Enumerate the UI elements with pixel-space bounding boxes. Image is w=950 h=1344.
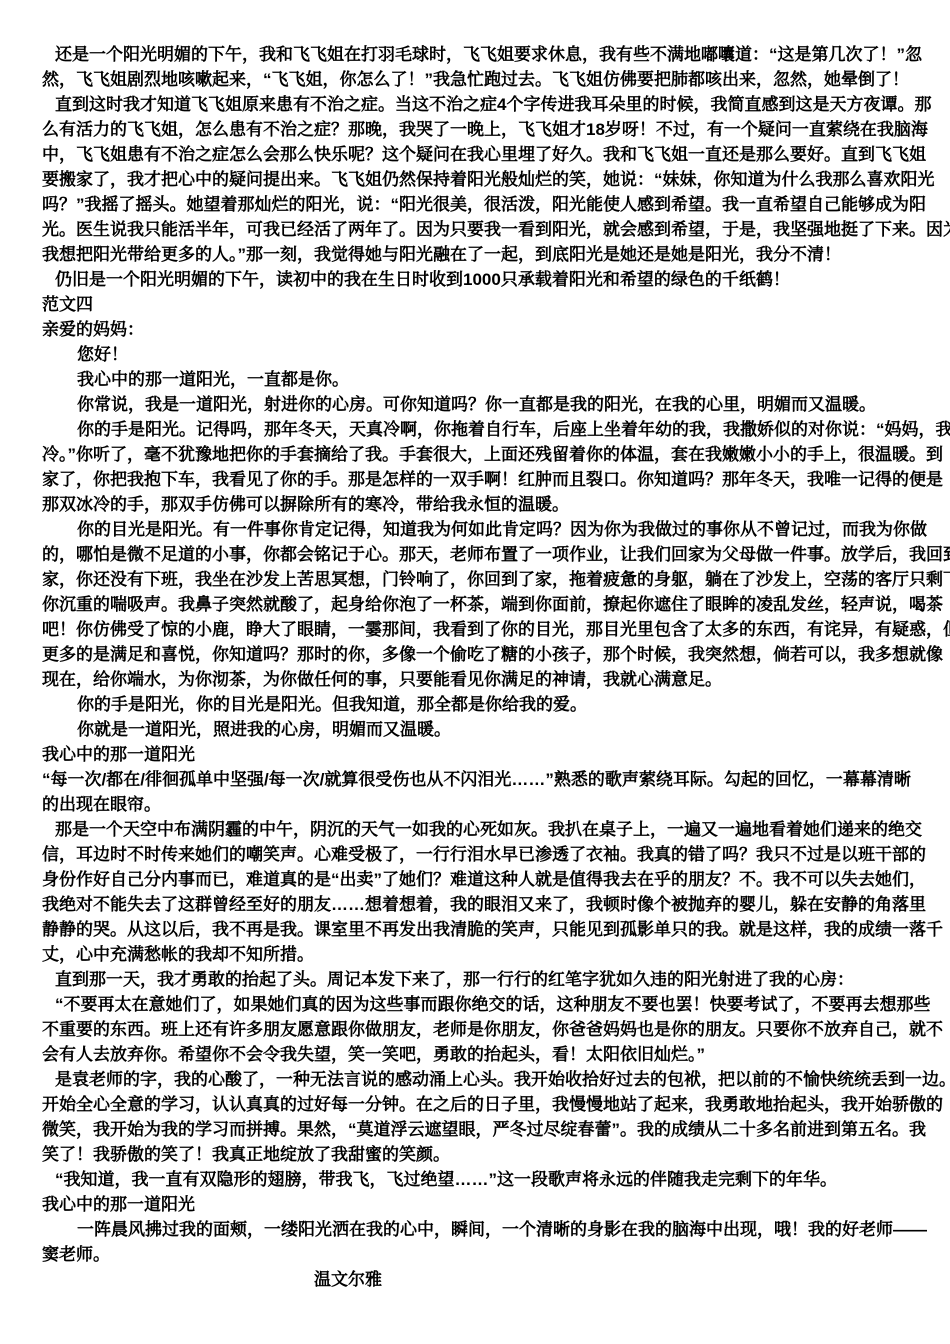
text-line: 要搬家了，我才把心中的疑问提出来。飞飞姐仍然保持着阳光般灿烂的笑，她说：“妹妹，… [42,167,914,192]
text-line: 你的手是阳光，你的目光是阳光。但我知道，那全都是你给我的爱。 [42,692,914,717]
text-line: 的出现在眼帘。 [42,792,914,817]
text-line: 仍旧是一个阳光明媚的下午，读初中的我在生日时收到1000只承载着阳光和希望的绿色… [42,267,914,292]
text-line: 还是一个阳光明媚的下午，我和飞飞姐在打羽毛球时，飞飞姐要求休息，我有些不满地嘟囔… [42,42,914,67]
text-line: 我心中的那一道阳光 [42,1192,914,1217]
text-line: 冷。”你听了，毫不犹豫地把你的手套摘给了我。手套很大，上面还残留着你的体温，套在… [42,442,914,467]
text-line: 我绝对不能失去了这群曾经至好的朋友……想着想着，我的眼泪又来了，我顿时像个被抛弃… [42,892,914,917]
text-line: 那双冰冷的手，那双手仿佛可以摒除所有的寒冷，带给我永恒的温暖。 [42,492,914,517]
text-line: 是袁老师的字，我的心酸了，一种无法言说的感动涌上心头。我开始收拾好过去的包袱，把… [42,1067,914,1092]
text-line: 不重要的东西。班上还有许多朋友愿意跟你做朋友，老师是你朋友，你爸爸妈妈也是你的朋… [42,1017,914,1042]
text-line: 家了，你把我抱下车，我看见了你的手。那是怎样的一双手啊！红肿而且裂口。你知道吗？… [42,467,914,492]
text-line: 亲爱的妈妈： [42,317,914,342]
text-line: 信，耳边时不时传来她们的嘲笑声。心难受极了，一行行泪水早已渗透了衣袖。我真的错了… [42,842,914,867]
text-line: 更多的是满足和喜悦，你知道吗？那时的你，多像一个偷吃了糖的小孩子，那个时候，我突… [42,642,914,667]
essay-text-block: 还是一个阳光明媚的下午，我和飞飞姐在打羽毛球时，飞飞姐要求休息，我有些不满地嘟囔… [42,42,914,1292]
document-page: 还是一个阳光明媚的下午，我和飞飞姐在打羽毛球时，飞飞姐要求休息，我有些不满地嘟囔… [0,0,950,1344]
text-line: 直到那一天，我才勇敢的抬起了头。周记本发下来了，那一行行的红笔字犹如久违的阳光射… [42,967,914,992]
text-line: 然，飞飞姐剧烈地咳嗽起来，“飞飞姐，你怎么了！”我急忙跑过去。飞飞姐仿佛要把肺都… [42,67,914,92]
text-line: “每一次/都在/徘徊孤单中坚强/每一次/就算很受伤也从不闪泪光……”熟悉的歌声萦… [42,767,914,792]
signature-line: 温文尔雅 [42,1267,914,1292]
text-line: 吗？”我摇了摇头。她望着那灿烂的阳光，说：“阳光很美，很活泼，阳光能使人感到希望… [42,192,914,217]
text-line: 的，哪怕是微不足道的小事，你都会铭记于心。那天，老师布置了一项作业，让我们回家为… [42,542,914,567]
text-line: 中，飞飞姐患有不治之症怎么会那么快乐呢？这个疑问在我心里埋了好久。我和飞飞姐一直… [42,142,914,167]
text-line: 身份作好自己分内事而已，难道真的是“出卖”了她们？难道这种人就是值得我去在乎的朋… [42,867,914,892]
text-line: 吧！你仿佛受了惊的小鹿，睁大了眼睛，一霎那间，我看到了你的目光，那目光里包含了太… [42,617,914,642]
text-line: 你就是一道阳光，照进我的心房，明媚而又温暖。 [42,717,914,742]
text-line: 窦老师。 [42,1242,914,1267]
text-line: 我心中的那一道阳光 [42,742,914,767]
text-line: 光。医生说我只能活半年，可我已经活了两年了。因为只要我一看到阳光，就会感到希望，… [42,217,914,242]
text-line: 那是一个天空中布满阴霾的中午，阴沉的天气一如我的心死如灰。我扒在桌子上，一遍又一… [42,817,914,842]
text-line: 我心中的那一道阳光，一直都是你。 [42,367,914,392]
text-line: 你沉重的喘吸声。我鼻子突然就酸了，起身给你泡了一杯茶，端到你面前，撩起你遮住了眼… [42,592,914,617]
text-line: 我想把阳光带给更多的人。”那一刻，我觉得她与阳光融在了一起，到底阳光是她还是她是… [42,242,914,267]
text-line: 微笑，我开始为我的学习而拼搏。果然，“莫道浮云遮望眼，严冬过尽绽春蕾”。我的成绩… [42,1117,914,1142]
text-line: “不要再太在意她们了，如果她们真的因为这些事而跟你绝交的话，这种朋友不要也罢！快… [42,992,914,1017]
text-line: 你的手是阳光。记得吗，那年冬天，天真冷啊，你拖着自行车，后座上坐着年幼的我，我撒… [42,417,914,442]
text-line: 家，你还没有下班，我坐在沙发上苦思冥想，门铃响了，你回到了家，拖着疲惫的身躯，躺… [42,567,914,592]
text-line: 会有人去放弃你。希望你不会令我失望，笑一笑吧，勇敢的抬起头，看！太阳依旧灿烂。” [42,1042,914,1067]
text-line: 您好！ [42,342,914,367]
text-line: 笑了！我骄傲的笑了！我真正地绽放了我甜蜜的笑颜。 [42,1142,914,1167]
text-line: 直到这时我才知道飞飞姐原来患有不治之症。当这不治之症4个字传进我耳朵里的时候，我… [42,92,914,117]
text-line: 开始全心全意的学习，认认真真的过好每一分钟。在之后的日子里，我慢慢地站了起来，我… [42,1092,914,1117]
text-line: 一阵晨风拂过我的面颊，一缕阳光洒在我的心中，瞬间，一个清晰的身影在我的脑海中出现… [42,1217,914,1242]
text-line: “我知道，我一直有双隐形的翅膀，带我飞，飞过绝望……”这一段歌声将永远的伴随我走… [42,1167,914,1192]
text-line: 么有活力的飞飞姐，怎么患有不治之症？那晚，我哭了一晚上，飞飞姐才18岁呀！不过，… [42,117,914,142]
text-line: 静静的哭。从这以后，我不再是我。课室里不再发出我清脆的笑声，只能见到孤影单只的我… [42,917,914,942]
text-line: 你的目光是阳光。有一件事你肯定记得，知道我为何如此肯定吗？因为你为我做过的事你从… [42,517,914,542]
text-line: 范文四 [42,292,914,317]
text-line: 丈，心中充满愁帐的我却不知所措。 [42,942,914,967]
text-line: 现在，给你端水，为你沏茶，为你做任何的事，只要能看见你满足的神请，我就心满意足。 [42,667,914,692]
text-line: 你常说，我是一道阳光，射进你的心房。可你知道吗？你一直都是我的阳光，在我的心里，… [42,392,914,417]
